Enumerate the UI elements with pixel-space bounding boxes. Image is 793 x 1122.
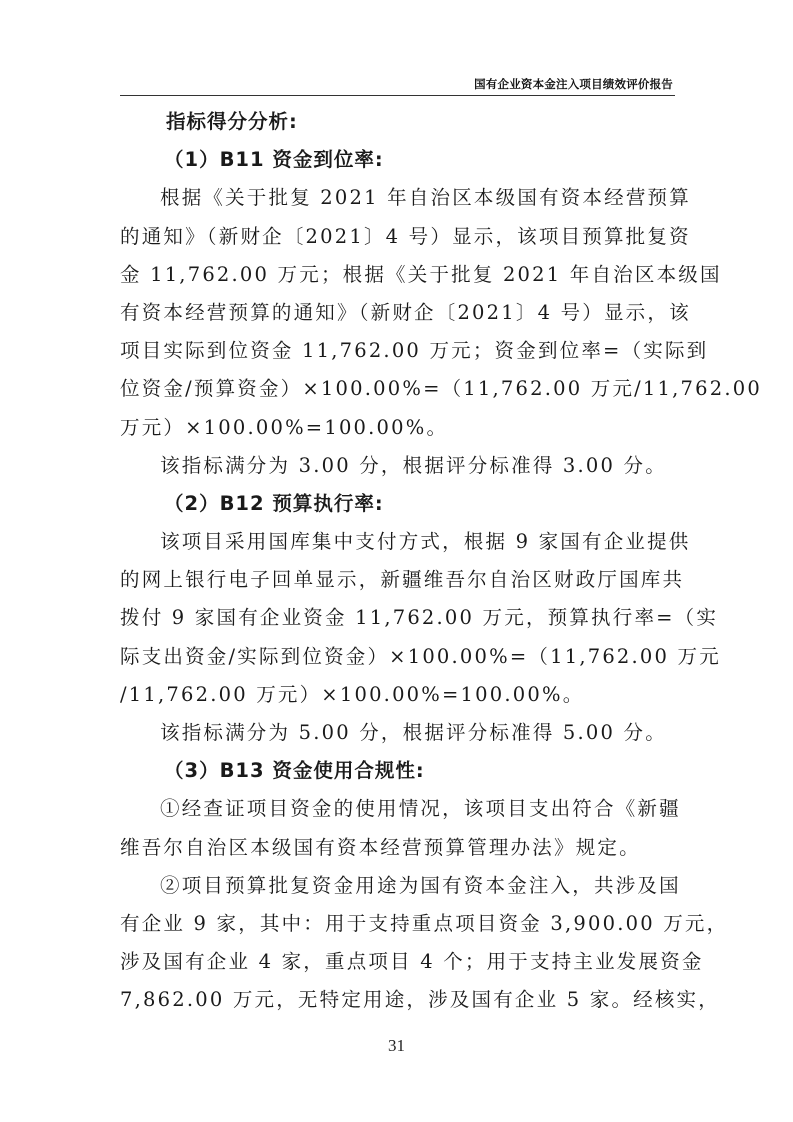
paragraph: ②项目预算批复资金用途为国有资本金注入，共涉及国 有企业 9 家，其中：用于支持…	[120, 867, 673, 1020]
item-heading-b12: （2）B12 预算执行率:	[120, 485, 673, 523]
text-line: 万元）×100.00%=100.00%。	[120, 409, 673, 447]
text-line: 7,862.00 万元，无特定用途，涉及国有企业 5 家。经核实，	[120, 981, 673, 1019]
text-line: 的通知》（新财企〔2021〕4 号）显示，该项目预算批复资	[120, 218, 673, 256]
text-line: ①经查证项目资金的使用情况，该项目支出符合《新疆	[120, 790, 673, 828]
text-line: 涉及国有企业 4 家，重点项目 4 个；用于支持主业发展资金	[120, 943, 673, 981]
text-line: 根据《关于批复 2021 年自治区本级国有资本经营预算	[120, 179, 673, 217]
text-line: 该项目采用国库集中支付方式，根据 9 家国有企业提供	[120, 523, 673, 561]
header-title: 国有企业资本金注入项目绩效评价报告	[474, 76, 673, 92]
text-line: 有企业 9 家，其中：用于支持重点项目资金 3,900.00 万元，	[120, 905, 673, 943]
text-line: 有资本经营预算的通知》（新财企〔2021〕4 号）显示，该	[120, 294, 673, 332]
paragraph: 该项目采用国库集中支付方式，根据 9 家国有企业提供 的网上银行电子回单显示，新…	[120, 523, 673, 714]
item-heading-b13: （3）B13 资金使用合规性:	[120, 752, 673, 790]
paragraph: 该指标满分为 5.00 分，根据评分标准得 5.00 分。	[120, 714, 673, 752]
document-body: 指标得分分析: （1）B11 资金到位率: 根据《关于批复 2021 年自治区本…	[120, 103, 673, 1020]
running-header: 国有企业资本金注入项目绩效评价报告	[120, 74, 675, 96]
text-line: 的网上银行电子回单显示，新疆维吾尔自治区财政厅国库共	[120, 561, 673, 599]
text-line: 拨付 9 家国有企业资金 11,762.00 万元，预算执行率=（实	[120, 599, 673, 637]
text-line: 际支出资金/实际到位资金）×100.00%=（11,762.00 万元	[120, 638, 673, 676]
section-title: 指标得分分析:	[120, 103, 673, 141]
paragraph: ①经查证项目资金的使用情况，该项目支出符合《新疆 维吾尔自治区本级国有资本经营预…	[120, 790, 673, 866]
page-number: 31	[0, 1036, 793, 1056]
text-line: 位资金/预算资金）×100.00%=（11,762.00 万元/11,762.0…	[120, 370, 673, 408]
text-line: /11,762.00 万元）×100.00%=100.00%。	[120, 676, 673, 714]
item-heading-b11: （1）B11 资金到位率:	[120, 141, 673, 179]
paragraph: 该指标满分为 3.00 分，根据评分标准得 3.00 分。	[120, 447, 673, 485]
paragraph: 根据《关于批复 2021 年自治区本级国有资本经营预算 的通知》（新财企〔202…	[120, 179, 673, 446]
text-line: 项目实际到位资金 11,762.00 万元；资金到位率=（实际到	[120, 332, 673, 370]
score-line: 该指标满分为 5.00 分，根据评分标准得 5.00 分。	[120, 714, 673, 752]
text-line: 维吾尔自治区本级国有资本经营预算管理办法》规定。	[120, 829, 673, 867]
text-line: ②项目预算批复资金用途为国有资本金注入，共涉及国	[120, 867, 673, 905]
text-line: 金 11,762.00 万元；根据《关于批复 2021 年自治区本级国	[120, 256, 673, 294]
score-line: 该指标满分为 3.00 分，根据评分标准得 3.00 分。	[120, 447, 673, 485]
